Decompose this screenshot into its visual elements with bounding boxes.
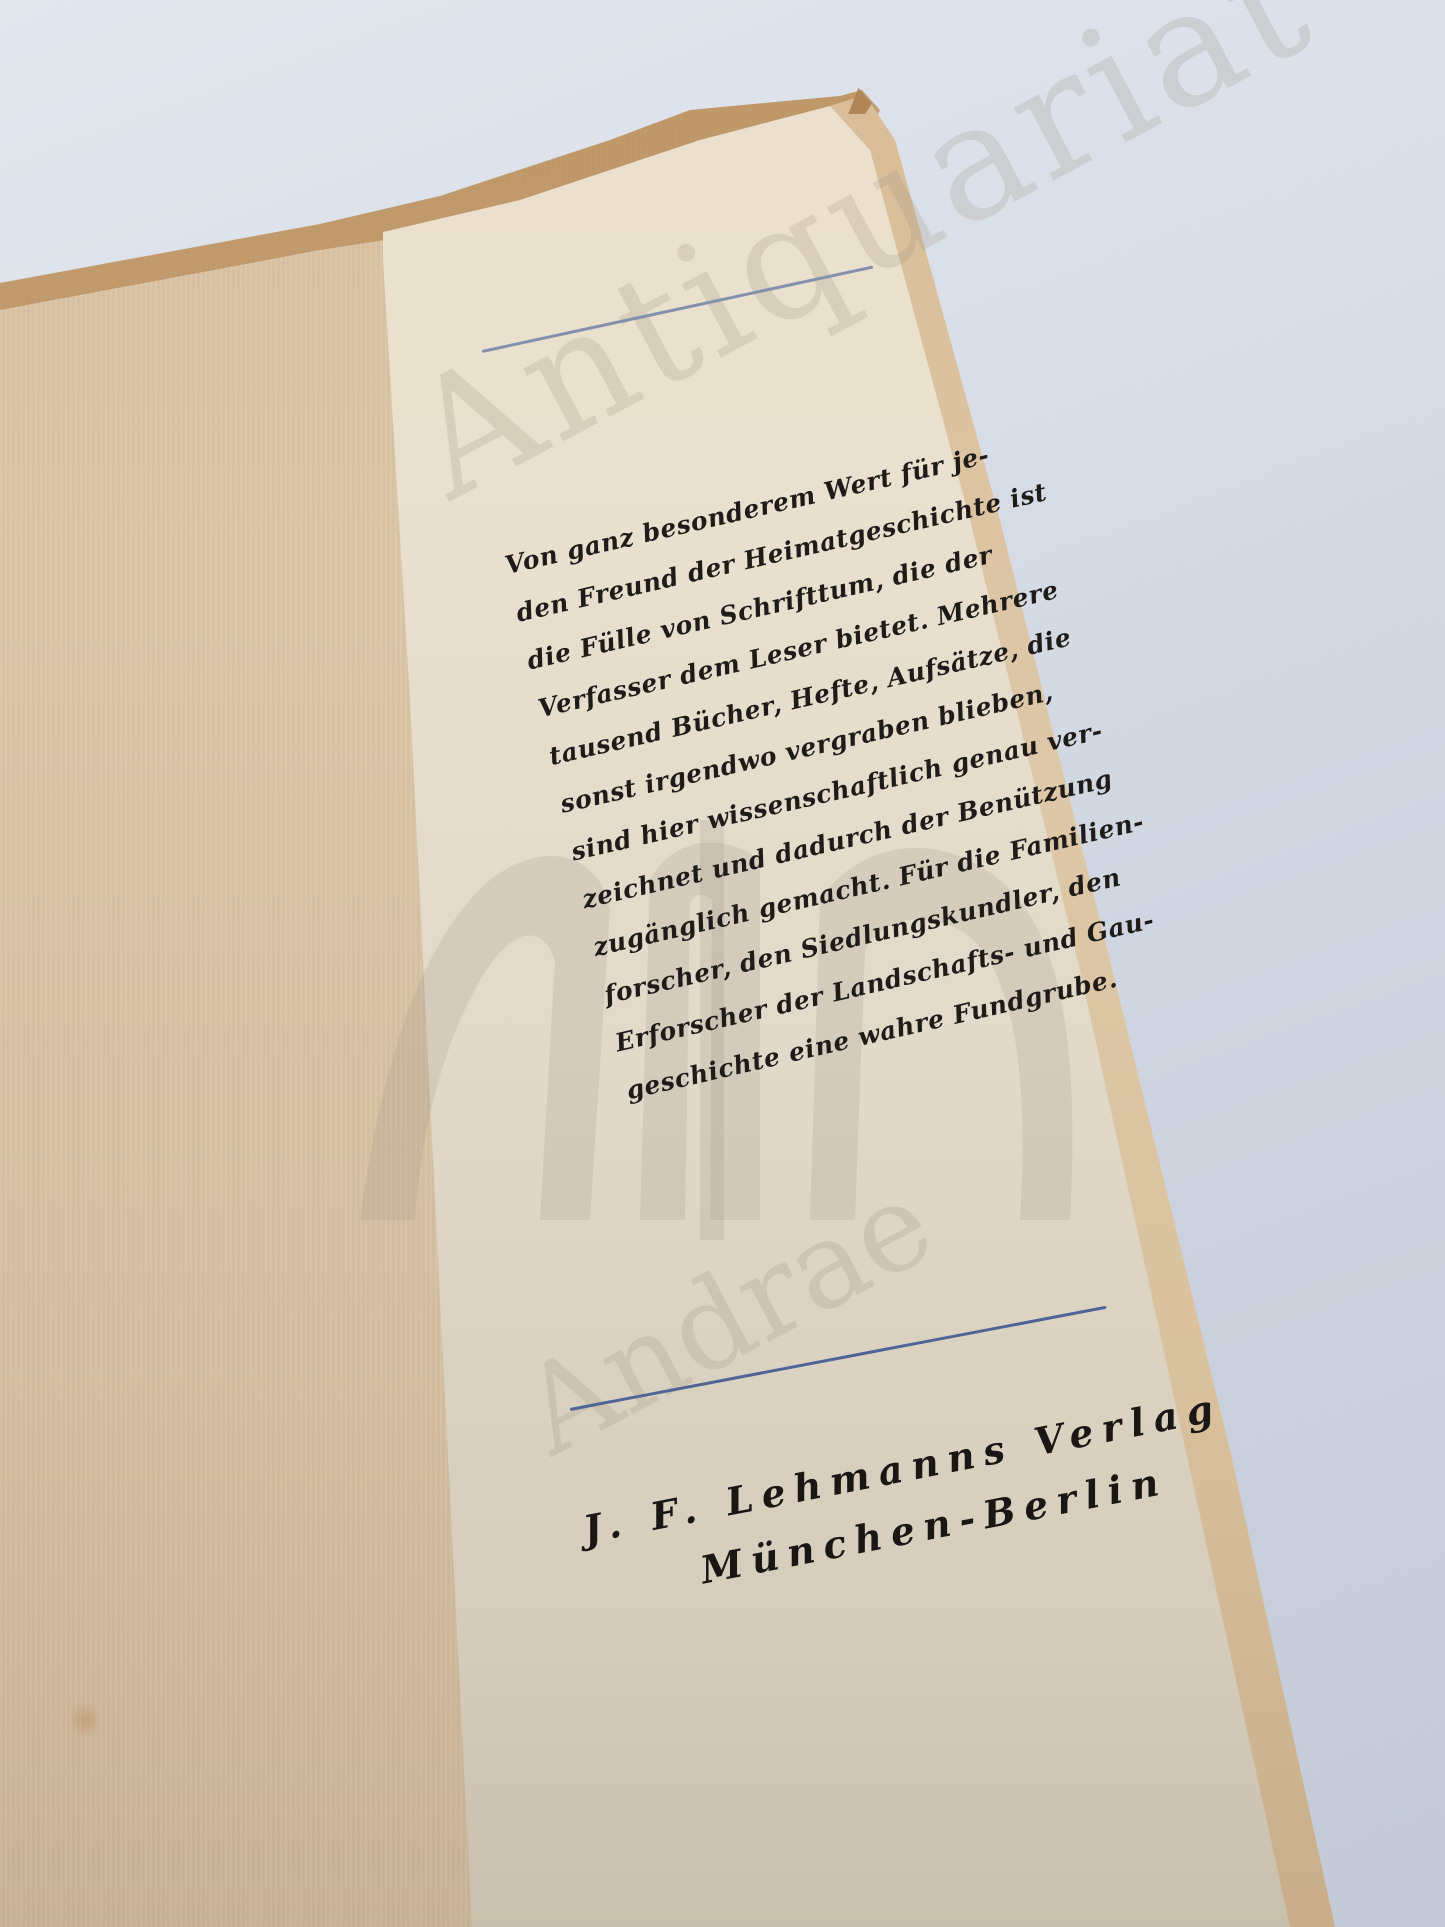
foxing-stain xyxy=(70,1700,100,1740)
